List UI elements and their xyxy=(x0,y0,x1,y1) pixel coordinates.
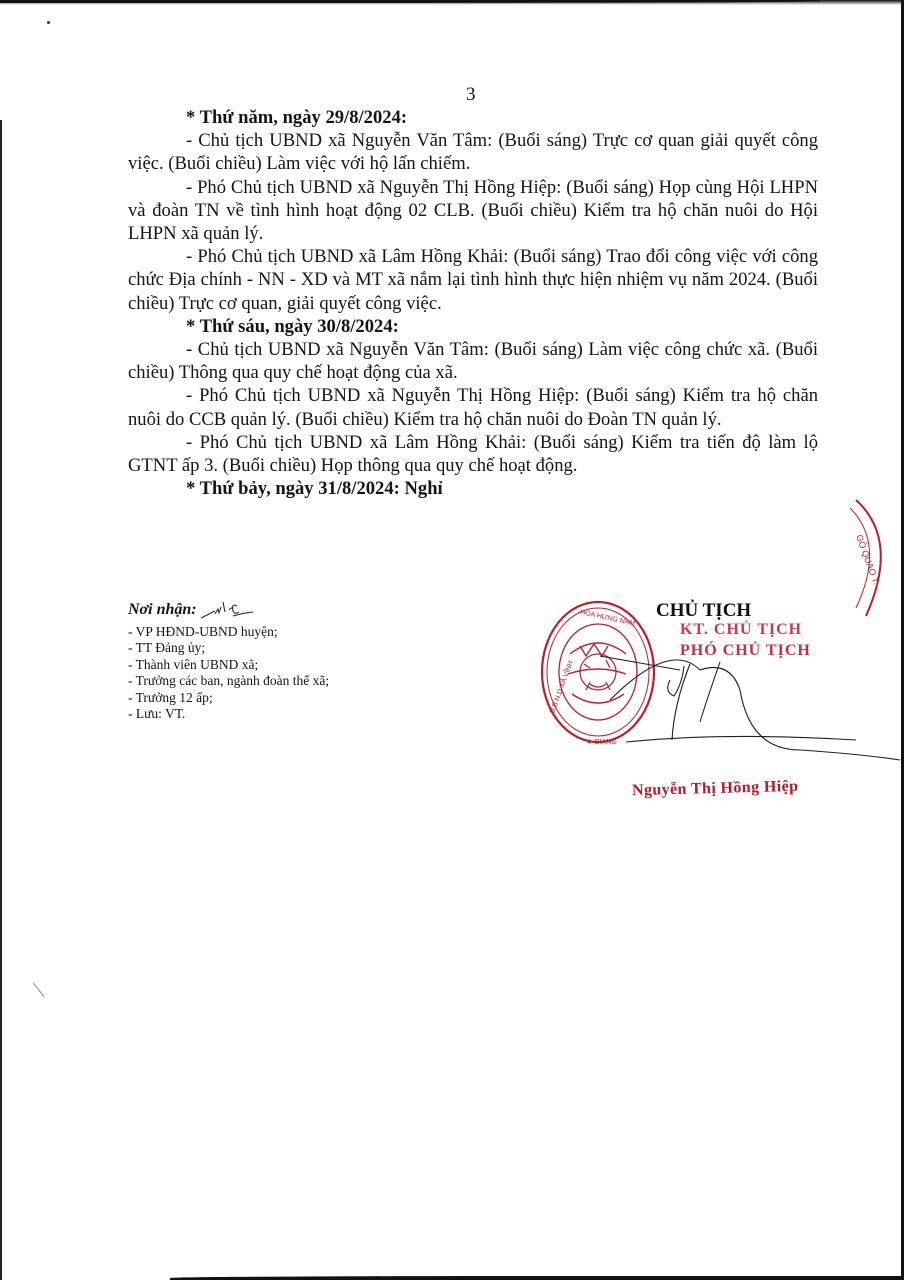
recipient-item: - Trưởng 12 ấp; xyxy=(128,690,329,706)
recipient-item: - Trưởng các ban, ngành đoàn thể xã; xyxy=(128,673,329,689)
schedule-body: * Thứ năm, ngày 29/8/2024: - Chủ tịch UB… xyxy=(128,106,818,500)
signer-name: Nguyễn Thị Hồng Hiệp xyxy=(632,778,799,800)
initial-signature-icon xyxy=(199,598,255,624)
handwritten-signature-icon xyxy=(540,590,900,790)
page-number: 3 xyxy=(466,84,476,106)
schedule-item: - Phó Chủ tịch UBND xã Lâm Hồng Khải: (B… xyxy=(128,431,818,477)
day-section: * Thứ bảy, ngày 31/8/2024: Nghỉ xyxy=(128,477,818,500)
schedule-item: - Phó Chủ tịch UBND xã Nguyễn Thị Hồng H… xyxy=(128,384,818,430)
day-section: * Thứ sáu, ngày 30/8/2024: - Chủ tịch UB… xyxy=(128,315,818,477)
recipients-block: Nơi nhận: - VP HĐND-UBND huyện; - TT Đản… xyxy=(128,598,329,722)
scan-edge-top xyxy=(0,0,904,5)
scan-edge-bottom xyxy=(170,1276,904,1280)
schedule-item: - Phó Chủ tịch UBND xã Lâm Hồng Khải: (B… xyxy=(128,245,818,315)
day-heading: * Thứ bảy, ngày 31/8/2024: Nghỉ xyxy=(128,477,818,500)
partial-seal-icon: GÒ QUAO T. xyxy=(826,496,900,620)
recipient-item: - TT Đảng ủy; xyxy=(128,640,329,656)
scan-scratch xyxy=(33,982,45,997)
recipient-item: - Thành viên UBND xã; xyxy=(128,657,329,673)
schedule-item: - Chủ tịch UBND xã Nguyễn Văn Tâm: (Buổi… xyxy=(128,129,818,175)
schedule-item: - Chủ tịch UBND xã Nguyễn Văn Tâm: (Buổi… xyxy=(128,338,818,384)
recipient-item: - VP HĐND-UBND huyện; xyxy=(128,624,329,640)
recipient-item: - Lưu: VT. xyxy=(128,706,329,722)
day-heading: * Thứ năm, ngày 29/8/2024: xyxy=(128,106,818,129)
signature-block: U.B.N.D XÃ VĨNH HÒA HƯNG NAM ★ GIANG CHỦ… xyxy=(540,590,900,810)
scan-speck xyxy=(47,21,50,24)
scan-edge-left xyxy=(0,120,2,1280)
day-section: * Thứ năm, ngày 29/8/2024: - Chủ tịch UB… xyxy=(128,106,818,315)
schedule-item: - Phó Chủ tịch UBND xã Nguyễn Thị Hồng H… xyxy=(128,176,818,246)
recipients-title: Nơi nhận: xyxy=(128,602,197,618)
day-heading: * Thứ sáu, ngày 30/8/2024: xyxy=(128,315,818,338)
